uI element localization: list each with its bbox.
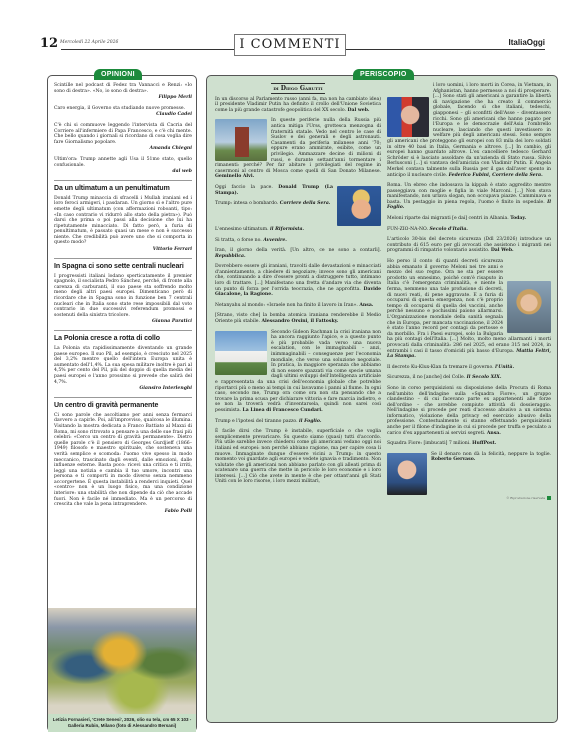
painting-image bbox=[48, 608, 196, 714]
quote-item: L'ennesimo ultimatum. il Riformista. bbox=[215, 227, 381, 233]
brief-signature: Amanda Chiegni bbox=[54, 146, 192, 152]
quote-item: Sono in corso perquisizioni su disposizi… bbox=[387, 386, 551, 436]
brief-signature: Filippo Merli bbox=[54, 95, 192, 101]
quote-source: Il Secolo XIX. bbox=[467, 375, 502, 380]
quote-item: Secondo Gideon Rachman la crisi iraniana… bbox=[215, 330, 381, 414]
quote-item: Ho perso il conto di quanti decreti sicu… bbox=[387, 259, 551, 360]
quote-text: Meloni riparte dai migranti [e dai] cent… bbox=[387, 216, 509, 221]
brief-text: Scintille nel podcast di Fedez tra Vanna… bbox=[54, 83, 192, 94]
quote-item: Roma. Un ebreo che indossava la kippah è… bbox=[387, 183, 551, 211]
meloni-photo bbox=[507, 281, 551, 333]
author-name: di Diego Gabutti bbox=[271, 83, 324, 94]
quote-item: È facile dirsi che Trump è instabile, su… bbox=[215, 429, 381, 485]
quote-text: L'articolo 30-bis del decreto sicurezza … bbox=[387, 237, 551, 253]
article: Donald Trump minaccia di sfracelli i Mul… bbox=[54, 196, 192, 253]
quote-source: il Riformista. bbox=[270, 227, 304, 232]
brief-text: Caro energia, il Governo sta studiando n… bbox=[54, 106, 192, 112]
article-headline: Da un ultimatum a un penultimatum bbox=[54, 180, 192, 193]
quote-item: Sicurezza, il no [anche] del Colle. Il S… bbox=[387, 375, 551, 381]
quote-source: Geminello Alvi. bbox=[215, 174, 254, 179]
opinioni-box: OPINIONI Scintille nel podcast di Fedez … bbox=[47, 75, 197, 732]
quote-item: i loro uomini, i loro morti in Corea, in… bbox=[387, 83, 551, 178]
quote-text: Trump e l'ipotesi del tiranno pazzo. bbox=[215, 419, 298, 424]
quote-text: Sicurezza, il no [anche] del Colle. bbox=[387, 375, 465, 380]
gervaso-photo bbox=[387, 453, 427, 495]
brief: Ultim'ora: Trump annette agli Usa il 51m… bbox=[54, 157, 192, 175]
section-title: I COMMENTI bbox=[234, 34, 346, 56]
quote-source: HuffPost. bbox=[472, 441, 496, 446]
quote-source: Secolo d'Italia. bbox=[429, 227, 467, 232]
masthead: 12 Mercoledì 22 Aprile 2026 I COMMENTI I… bbox=[40, 38, 545, 58]
quote-text: Si tratta, o forse no. bbox=[215, 238, 262, 243]
painting-caption: Letizia Fornasieri, 'Crete Senesi', 2026… bbox=[48, 714, 196, 732]
brief-text: Ultim'ora: Trump annette agli Usa il 51m… bbox=[54, 157, 192, 168]
trump-photo bbox=[337, 186, 381, 226]
quote-text: Squadra Fiore: [imbucati] 7 milioni. bbox=[387, 441, 471, 446]
article-signature: Vittorio Ferrari bbox=[54, 247, 192, 253]
quote-text: Netanyahu al mondo: «Israele non ha fini… bbox=[215, 303, 358, 308]
quote-source: Federico Fubini, Corriere della Sera. bbox=[449, 173, 543, 178]
quote-text: L'ennesimo ultimatum. bbox=[215, 227, 269, 232]
quote-source: Today. bbox=[510, 216, 526, 221]
quote-text: Il decreto Ku-Klux-Klan fa tremare il go… bbox=[387, 365, 494, 370]
article-headline: In Spagna ci sono sette centrali nuclear… bbox=[54, 258, 192, 271]
quote-text: Oggi faccio la pace. bbox=[215, 185, 273, 190]
quote-item: Netanyahu al mondo: «Israele non ha fini… bbox=[215, 303, 381, 309]
article-signature: Gianna Paratici bbox=[54, 319, 192, 325]
quote-item: Se il denaro non dà la felicità, neppure… bbox=[387, 452, 551, 463]
periscopio-column-1: di Diego Gabutti In un discorso al Parla… bbox=[215, 83, 381, 490]
article-signature: Fabio Polli bbox=[54, 509, 192, 515]
quote-source: Dal web. bbox=[348, 108, 370, 113]
brief: Caro energia, il Governo sta studiando n… bbox=[54, 106, 192, 118]
quote-text: Sono in corso perquisizioni su disposizi… bbox=[387, 386, 551, 436]
author-byline: di Diego Gabutti bbox=[215, 86, 381, 92]
article-headline: Un centro di gravità permanente bbox=[54, 397, 192, 410]
quote-source: Avvenire. bbox=[263, 238, 287, 243]
quote-text: È facile dirsi che Trump è instabile, su… bbox=[215, 429, 381, 484]
quote-source: Corriere della Sera. bbox=[280, 201, 331, 206]
quote-text: Dovrebbero essere gli iraniani, travolti… bbox=[215, 264, 381, 291]
opinioni-label: OPINIONI bbox=[94, 69, 142, 80]
quote-item: FUN-ZIO-NA-NO. Secolo d'Italia. bbox=[387, 227, 551, 233]
article: Ci sono parole che ascoltiamo per anni s… bbox=[54, 413, 192, 515]
article-headline: La Polonia cresce a rotta di collo bbox=[54, 330, 192, 343]
periscopio-box: PERISCOPIO di Diego Gabutti In un discor… bbox=[206, 75, 558, 723]
quote-item: Meloni riparte dai migranti [e dai] cent… bbox=[387, 216, 551, 222]
quote-item: Squadra Fiore: [imbucati] 7 milioni. Huf… bbox=[387, 441, 551, 447]
opinioni-column: Scintille nel podcast di Fedez tra Vanna… bbox=[54, 83, 192, 519]
article-text: Donald Trump minaccia di sfracelli i Mul… bbox=[54, 196, 192, 246]
quote-text: FUN-ZIO-NA-NO. bbox=[387, 227, 428, 232]
quote-item: [Strano, visto che] la bomba atomica ira… bbox=[215, 313, 381, 324]
white-house-photo bbox=[215, 331, 267, 375]
putin-photo bbox=[387, 97, 429, 137]
quote-text: Roma. Un ebreo che indossava la kippah è… bbox=[387, 183, 551, 205]
brief-signature: dal web bbox=[54, 169, 192, 175]
quote-item: Trump e l'ipotesi del tiranno pazzo. il … bbox=[215, 419, 381, 425]
brief-signature: Claudio Cadei bbox=[54, 112, 192, 118]
quote-item: Iran, il giorno della verità. [Un altro,… bbox=[215, 248, 381, 259]
article: La Polonia sta rapidissimamente diventan… bbox=[54, 346, 192, 392]
quote-item: In un discorso al Parlamento russo (anni… bbox=[215, 97, 381, 114]
quote-item: Dovrebbero essere gli iraniani, travolti… bbox=[215, 264, 381, 298]
quote-item: In queste periferie nulla della Russia p… bbox=[215, 118, 381, 180]
article-text: La Polonia sta rapidissimamente diventan… bbox=[54, 346, 192, 385]
copyright-notice: © Riproduzione riservata bbox=[387, 496, 551, 502]
quote-text: Trump: intesa o bombardo. bbox=[215, 201, 278, 206]
brief-text: C'è chi si commuove leggendo l'intervist… bbox=[54, 123, 192, 145]
quote-source: il Foglio. bbox=[299, 419, 321, 424]
quote-source: Repubblica. bbox=[215, 254, 246, 259]
quote-item: L'articolo 30-bis del decreto sicurezza … bbox=[387, 237, 551, 254]
article-signature: Giansiro Interlenghi bbox=[54, 386, 192, 392]
page-number: 12 bbox=[40, 38, 61, 50]
quote-source: Dal Web. bbox=[491, 248, 514, 253]
article-text: I progressisti italiani lodano sperticat… bbox=[54, 274, 192, 319]
brand-logo: ItaliaOggi bbox=[506, 38, 545, 47]
quote-source: l'Unità. bbox=[495, 365, 514, 370]
quote-source: Alessandro Orsini, il Fattosky. bbox=[261, 319, 338, 324]
page-date: Mercoledì 22 Aprile 2026 bbox=[60, 40, 120, 45]
periscopio-label: PERISCOPIO bbox=[353, 69, 414, 80]
quote-source: La Linea di Francesco Cundari. bbox=[243, 408, 323, 413]
quote-item: Il decreto Ku-Klux-Klan fa tremare il go… bbox=[387, 365, 551, 371]
quote-text: Iran, il giorno della verità. [Un altro,… bbox=[215, 248, 381, 253]
article-text: Ci sono parole che ascoltiamo per anni s… bbox=[54, 413, 192, 508]
quote-item: Si tratta, o forse no. Avvenire. bbox=[215, 238, 381, 244]
church-photo bbox=[215, 119, 267, 161]
quote-source: Ansa. bbox=[359, 303, 373, 308]
brief: Scintille nel podcast di Fedez tra Vanna… bbox=[54, 83, 192, 101]
periscopio-column-2: i loro uomini, i loro morti in Corea, in… bbox=[387, 83, 551, 501]
article: I progressisti italiani lodano sperticat… bbox=[54, 274, 192, 325]
quote-source: Roberto Gervaso. bbox=[431, 457, 475, 462]
quote-source: Ansa. bbox=[487, 431, 501, 436]
brief: C'è chi si commuove leggendo l'intervist… bbox=[54, 123, 192, 152]
